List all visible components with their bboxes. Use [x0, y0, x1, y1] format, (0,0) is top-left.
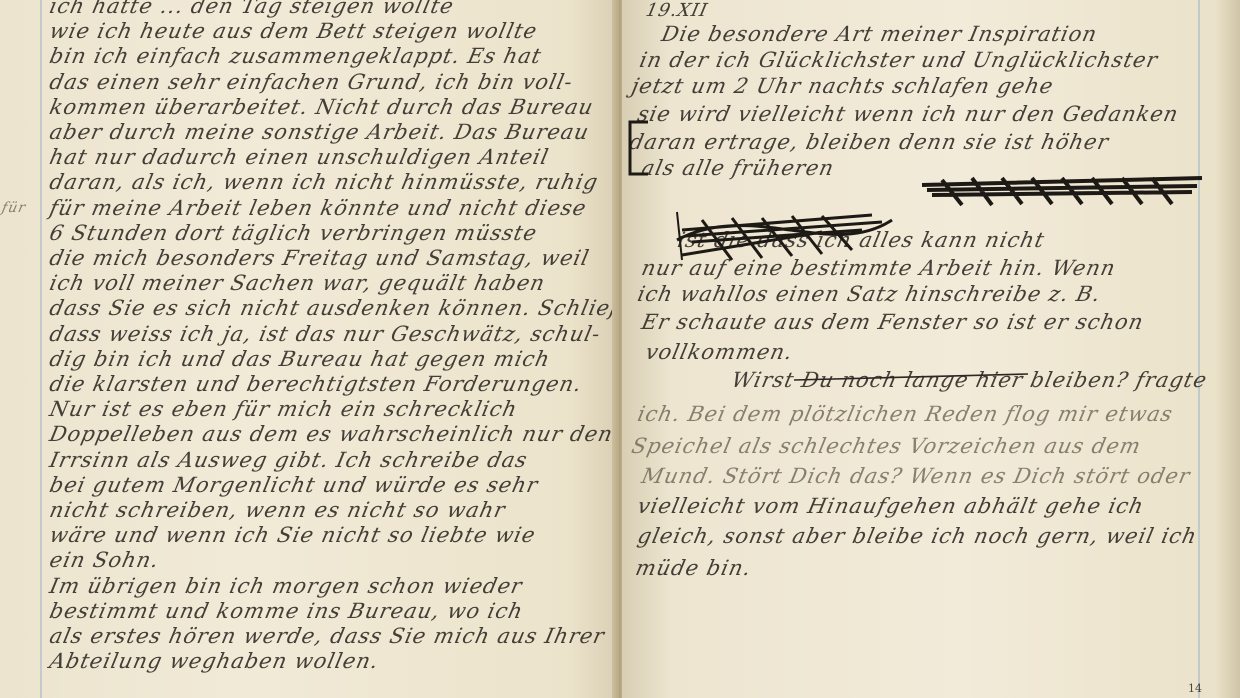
handwritten-line: vollkommen. [643, 340, 795, 364]
handwritten-line: als erstes hören werde, dass Sie mich au… [47, 624, 607, 648]
handwritten-line: für meine Arbeit leben könnte und nicht … [47, 196, 588, 220]
handwritten-line: kommen überarbeitet. Nicht durch das Bur… [47, 95, 596, 119]
handwritten-line: aber durch meine sonstige Arbeit. Das Bu… [47, 120, 591, 144]
margin-note: für [0, 200, 27, 216]
handwritten-line: sie wird vielleicht wenn ich nur den Ged… [635, 102, 1181, 126]
handwritten-line: ich voll meiner Sachen war, gequält habe… [47, 271, 547, 295]
left-margin-rule [40, 0, 42, 698]
handwritten-line: ich hätte ... den Tag steigen wollte [47, 0, 456, 18]
right-margin-rule [1198, 0, 1200, 698]
handwritten-line: in der ich Glücklichster und Unglücklich… [637, 48, 1160, 72]
handwritten-line: bestimmt und komme ins Bureau, wo ich [47, 599, 525, 623]
handwritten-line: die mich besonders Freitag und Samstag, … [47, 246, 591, 270]
notebook-spread: ich hätte ... den Tag steigen wolltewie … [0, 0, 1240, 698]
handwritten-line: bin ich einfach zusammengeklappt. Es hat [47, 44, 544, 68]
handwritten-line: Doppelleben aus dem es wahrscheinlich nu… [47, 422, 615, 446]
handwritten-line: ein Sohn. [47, 548, 161, 572]
handwritten-line: Speichel als schlechtes Vorzeichen aus d… [629, 434, 1143, 458]
handwritten-line: Er schaute aus dem Fenster so ist er sch… [639, 310, 1146, 334]
handwritten-line: Mund. Stört Dich das? Wenn es Dich stört… [639, 464, 1192, 488]
left-page: ich hätte ... den Tag steigen wolltewie … [0, 0, 618, 698]
handwritten-line: das einen sehr einfachen Grund, ich bin … [47, 70, 575, 94]
entry-date: 19.XII [644, 0, 710, 21]
crossed-out-passage [672, 160, 1212, 280]
handwritten-line: ich. Bei dem plötzlichen Reden flog mir … [635, 402, 1175, 426]
handwritten-line: dass weiss ich ja, ist das nur Geschwätz… [47, 322, 603, 346]
handwritten-line: wäre und wenn ich Sie nicht so liebte wi… [47, 523, 538, 547]
right-page: 19.XII Die besondere Art meiner Inspirat… [622, 0, 1240, 698]
handwritten-line: Irrsinn als Ausweg gibt. Ich schreibe da… [47, 448, 530, 472]
handwritten-line: 6 Stunden dort täglich verbringen müsste [47, 221, 539, 245]
handwritten-line: wie ich heute aus dem Bett steigen wollt… [47, 19, 539, 43]
handwritten-line: vielleicht vom Hinaufgehen abhält gehe i… [635, 494, 1146, 518]
handwritten-line: daran ertrage, bleiben denn sie ist höhe… [627, 130, 1111, 154]
handwritten-line: dig bin ich und das Bureau hat gegen mic… [47, 347, 552, 371]
handwritten-line: gleich, sonst aber bleibe ich noch gern,… [635, 524, 1199, 548]
handwritten-line: müde bin. [633, 556, 753, 580]
handwritten-line: bei gutem Morgenlicht und würde es sehr [47, 473, 540, 497]
handwritten-line: die klarsten und berechtigtsten Forderun… [47, 372, 584, 396]
handwritten-line: jetzt um 2 Uhr nachts schlafen gehe [629, 74, 1055, 98]
handwritten-line: Abteilung weghaben wollen. [47, 649, 381, 673]
handwritten-line: ich wahllos einen Satz hinschreibe z. B. [635, 282, 1103, 306]
handwritten-line: Die besondere Art meiner Inspiration [659, 22, 1099, 46]
bracket-mark [622, 110, 652, 190]
page-number: 14 [1188, 682, 1202, 695]
separator-line [792, 370, 1032, 384]
handwritten-line: hat nur dadurch einen unschuldigen Antei… [47, 145, 551, 169]
handwritten-line: daran, als ich, wenn ich nicht hinmüsste… [47, 170, 600, 194]
handwritten-line: nicht schreiben, wenn es nicht so wahr [47, 498, 508, 522]
handwritten-line: Im übrigen bin ich morgen schon wieder [47, 574, 524, 598]
handwritten-line: Nur ist es eben für mich ein schrecklich [47, 397, 519, 421]
handwritten-line: dass Sie es sich nicht ausdenken können.… [47, 296, 618, 320]
